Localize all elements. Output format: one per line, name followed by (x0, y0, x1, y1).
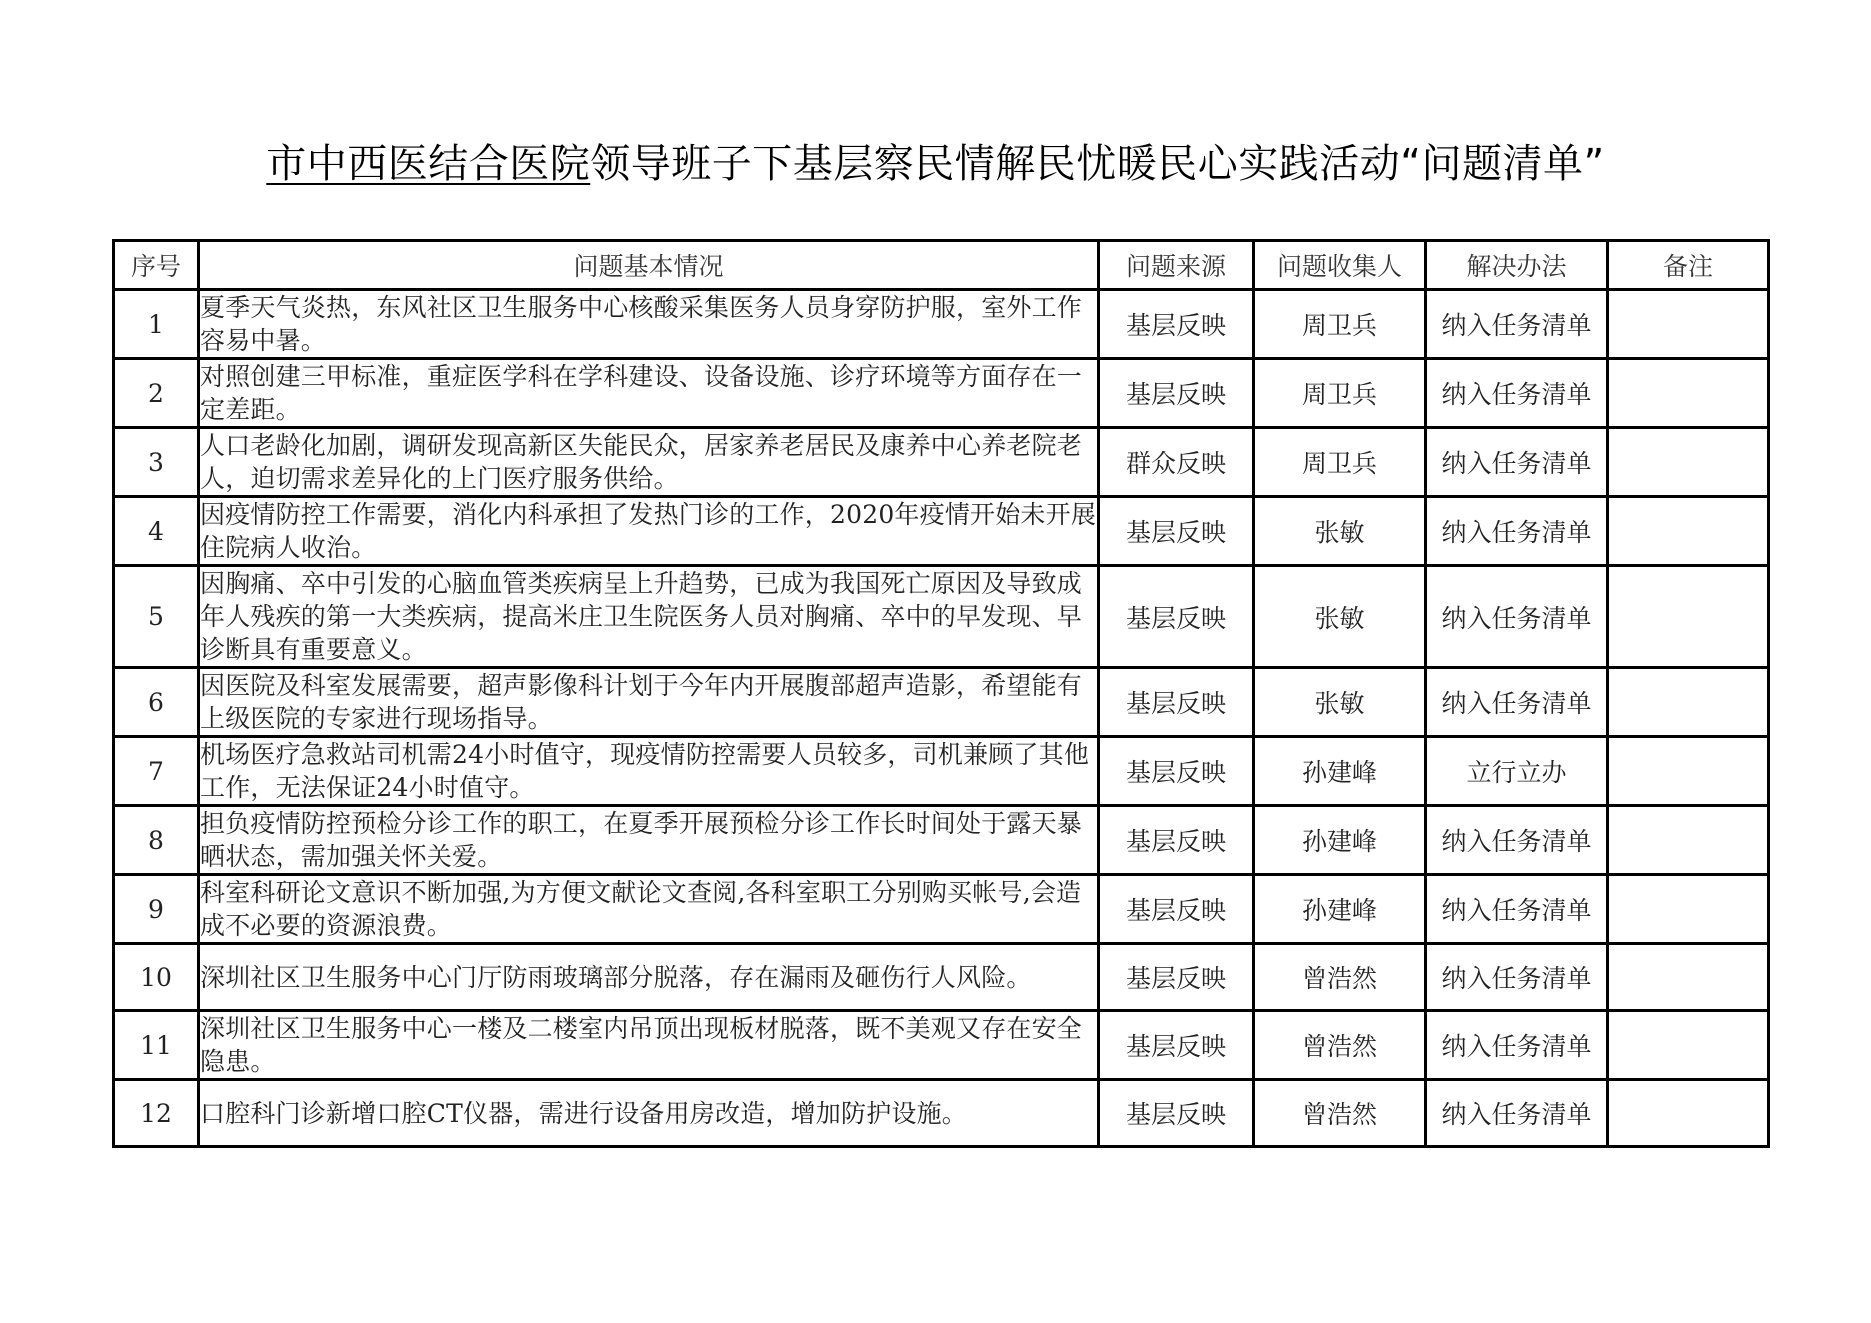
cell-solution: 纳入任务清单 (1426, 668, 1608, 737)
cell-source: 基层反映 (1099, 806, 1254, 875)
header-source: 问题来源 (1099, 241, 1254, 290)
table-row: 7 机场医疗急救站司机需24小时值守，现疫情防控需要人员较多，司机兼顾了其他工作… (114, 737, 1769, 806)
cell-description: 口腔科门诊新增口腔CT仪器，需进行设备用房改造，增加防护设施。 (199, 1080, 1099, 1147)
cell-no: 10 (114, 944, 199, 1011)
cell-collector: 张敏 (1254, 668, 1426, 737)
cell-no: 3 (114, 428, 199, 497)
document-title: 市中西医结合医院领导班子下基层察民情解民忧暖民心实践活动“问题清单” (0, 136, 1871, 192)
cell-source: 基层反映 (1099, 668, 1254, 737)
cell-collector: 周卫兵 (1254, 290, 1426, 359)
cell-remarks (1608, 428, 1769, 497)
cell-collector: 张敏 (1254, 566, 1426, 668)
cell-collector: 曾浩然 (1254, 944, 1426, 1011)
cell-solution: 纳入任务清单 (1426, 359, 1608, 428)
cell-no: 4 (114, 497, 199, 566)
table-row: 2 对照创建三甲标准，重症医学科在学科建设、设备设施、诊疗环境等方面存在一定差距… (114, 359, 1769, 428)
table-row: 6 因医院及科室发展需要，超声影像科计划于今年内开展腹部超声造影，希望能有上级医… (114, 668, 1769, 737)
cell-collector: 孙建峰 (1254, 875, 1426, 944)
cell-source: 基层反映 (1099, 359, 1254, 428)
table-row: 9 科室科研论文意识不断加强,为方便文献论文查阅,各科室职工分别购买帐号,会造成… (114, 875, 1769, 944)
cell-remarks (1608, 944, 1769, 1011)
cell-no: 7 (114, 737, 199, 806)
table-row: 11 深圳社区卫生服务中心一楼及二楼室内吊顶出现板材脱落，既不美观又存在安全隐患… (114, 1011, 1769, 1080)
cell-remarks (1608, 1080, 1769, 1147)
cell-description: 机场医疗急救站司机需24小时值守，现疫情防控需要人员较多，司机兼顾了其他工作，无… (199, 737, 1099, 806)
cell-description: 深圳社区卫生服务中心门厅防雨玻璃部分脱落，存在漏雨及砸伤行人风险。 (199, 944, 1099, 1011)
cell-solution: 纳入任务清单 (1426, 1011, 1608, 1080)
cell-source: 基层反映 (1099, 875, 1254, 944)
cell-source: 群众反映 (1099, 428, 1254, 497)
cell-description: 夏季天气炎热，东风社区卫生服务中心核酸采集医务人员身穿防护服，室外工作容易中暑。 (199, 290, 1099, 359)
cell-source: 基层反映 (1099, 290, 1254, 359)
cell-description: 对照创建三甲标准，重症医学科在学科建设、设备设施、诊疗环境等方面存在一定差距。 (199, 359, 1099, 428)
cell-source: 基层反映 (1099, 497, 1254, 566)
cell-collector: 曾浩然 (1254, 1080, 1426, 1147)
cell-remarks (1608, 566, 1769, 668)
cell-description: 深圳社区卫生服务中心一楼及二楼室内吊顶出现板材脱落，既不美观又存在安全隐患。 (199, 1011, 1099, 1080)
cell-remarks (1608, 290, 1769, 359)
cell-solution: 立行立办 (1426, 737, 1608, 806)
table-row: 10 深圳社区卫生服务中心门厅防雨玻璃部分脱落，存在漏雨及砸伤行人风险。 基层反… (114, 944, 1769, 1011)
cell-description: 人口老龄化加剧，调研发现高新区失能民众，居家养老居民及康养中心养老院老人，迫切需… (199, 428, 1099, 497)
cell-solution: 纳入任务清单 (1426, 566, 1608, 668)
cell-collector: 张敏 (1254, 497, 1426, 566)
cell-source: 基层反映 (1099, 1011, 1254, 1080)
cell-collector: 孙建峰 (1254, 737, 1426, 806)
cell-no: 1 (114, 290, 199, 359)
cell-no: 9 (114, 875, 199, 944)
cell-collector: 曾浩然 (1254, 1011, 1426, 1080)
header-row: 序号 问题基本情况 问题来源 问题收集人 解决办法 备注 (114, 241, 1769, 290)
header-no: 序号 (114, 241, 199, 290)
title-text: 领导班子下基层察民情解民忧暖民心实践活动“问题清单” (590, 141, 1604, 187)
cell-collector: 孙建峰 (1254, 806, 1426, 875)
cell-remarks (1608, 668, 1769, 737)
header-remarks: 备注 (1608, 241, 1769, 290)
cell-remarks (1608, 806, 1769, 875)
cell-no: 6 (114, 668, 199, 737)
header-description: 问题基本情况 (199, 241, 1099, 290)
cell-remarks (1608, 875, 1769, 944)
cell-source: 基层反映 (1099, 1080, 1254, 1147)
problem-list-table: 序号 问题基本情况 问题来源 问题收集人 解决办法 备注 1 夏季天气炎热，东风… (112, 239, 1770, 1148)
cell-no: 5 (114, 566, 199, 668)
cell-solution: 纳入任务清单 (1426, 428, 1608, 497)
cell-collector: 周卫兵 (1254, 428, 1426, 497)
cell-solution: 纳入任务清单 (1426, 1080, 1608, 1147)
cell-solution: 纳入任务清单 (1426, 875, 1608, 944)
header-solution: 解决办法 (1426, 241, 1608, 290)
cell-source: 基层反映 (1099, 737, 1254, 806)
table-row: 5 因胸痛、卒中引发的心脑血管类疾病呈上升趋势，已成为我国死亡原因及导致成年人残… (114, 566, 1769, 668)
cell-remarks (1608, 737, 1769, 806)
cell-description: 担负疫情防控预检分诊工作的职工，在夏季开展预检分诊工作长时间处于露天暴晒状态，需… (199, 806, 1099, 875)
cell-solution: 纳入任务清单 (1426, 944, 1608, 1011)
table-row: 4 因疫情防控工作需要，消化内科承担了发热门诊的工作，2020年疫情开始未开展住… (114, 497, 1769, 566)
cell-description: 因疫情防控工作需要，消化内科承担了发热门诊的工作，2020年疫情开始未开展住院病… (199, 497, 1099, 566)
cell-remarks (1608, 1011, 1769, 1080)
cell-no: 11 (114, 1011, 199, 1080)
header-collector: 问题收集人 (1254, 241, 1426, 290)
cell-source: 基层反映 (1099, 566, 1254, 668)
cell-no: 12 (114, 1080, 199, 1147)
cell-solution: 纳入任务清单 (1426, 497, 1608, 566)
cell-no: 8 (114, 806, 199, 875)
table-row: 12 口腔科门诊新增口腔CT仪器，需进行设备用房改造，增加防护设施。 基层反映 … (114, 1080, 1769, 1147)
cell-description: 因医院及科室发展需要，超声影像科计划于今年内开展腹部超声造影，希望能有上级医院的… (199, 668, 1099, 737)
cell-collector: 周卫兵 (1254, 359, 1426, 428)
cell-solution: 纳入任务清单 (1426, 290, 1608, 359)
cell-description: 科室科研论文意识不断加强,为方便文献论文查阅,各科室职工分别购买帐号,会造成不必… (199, 875, 1099, 944)
cell-remarks (1608, 359, 1769, 428)
table-row: 8 担负疫情防控预检分诊工作的职工，在夏季开展预检分诊工作长时间处于露天暴晒状态… (114, 806, 1769, 875)
cell-description: 因胸痛、卒中引发的心脑血管类疾病呈上升趋势，已成为我国死亡原因及导致成年人残疾的… (199, 566, 1099, 668)
cell-remarks (1608, 497, 1769, 566)
table-row: 3 人口老龄化加剧，调研发现高新区失能民众，居家养老居民及康养中心养老院老人，迫… (114, 428, 1769, 497)
cell-no: 2 (114, 359, 199, 428)
table-row: 1 夏季天气炎热，东风社区卫生服务中心核酸采集医务人员身穿防护服，室外工作容易中… (114, 290, 1769, 359)
cell-solution: 纳入任务清单 (1426, 806, 1608, 875)
hospital-name: 市中西医结合医院 (266, 141, 590, 187)
cell-source: 基层反映 (1099, 944, 1254, 1011)
